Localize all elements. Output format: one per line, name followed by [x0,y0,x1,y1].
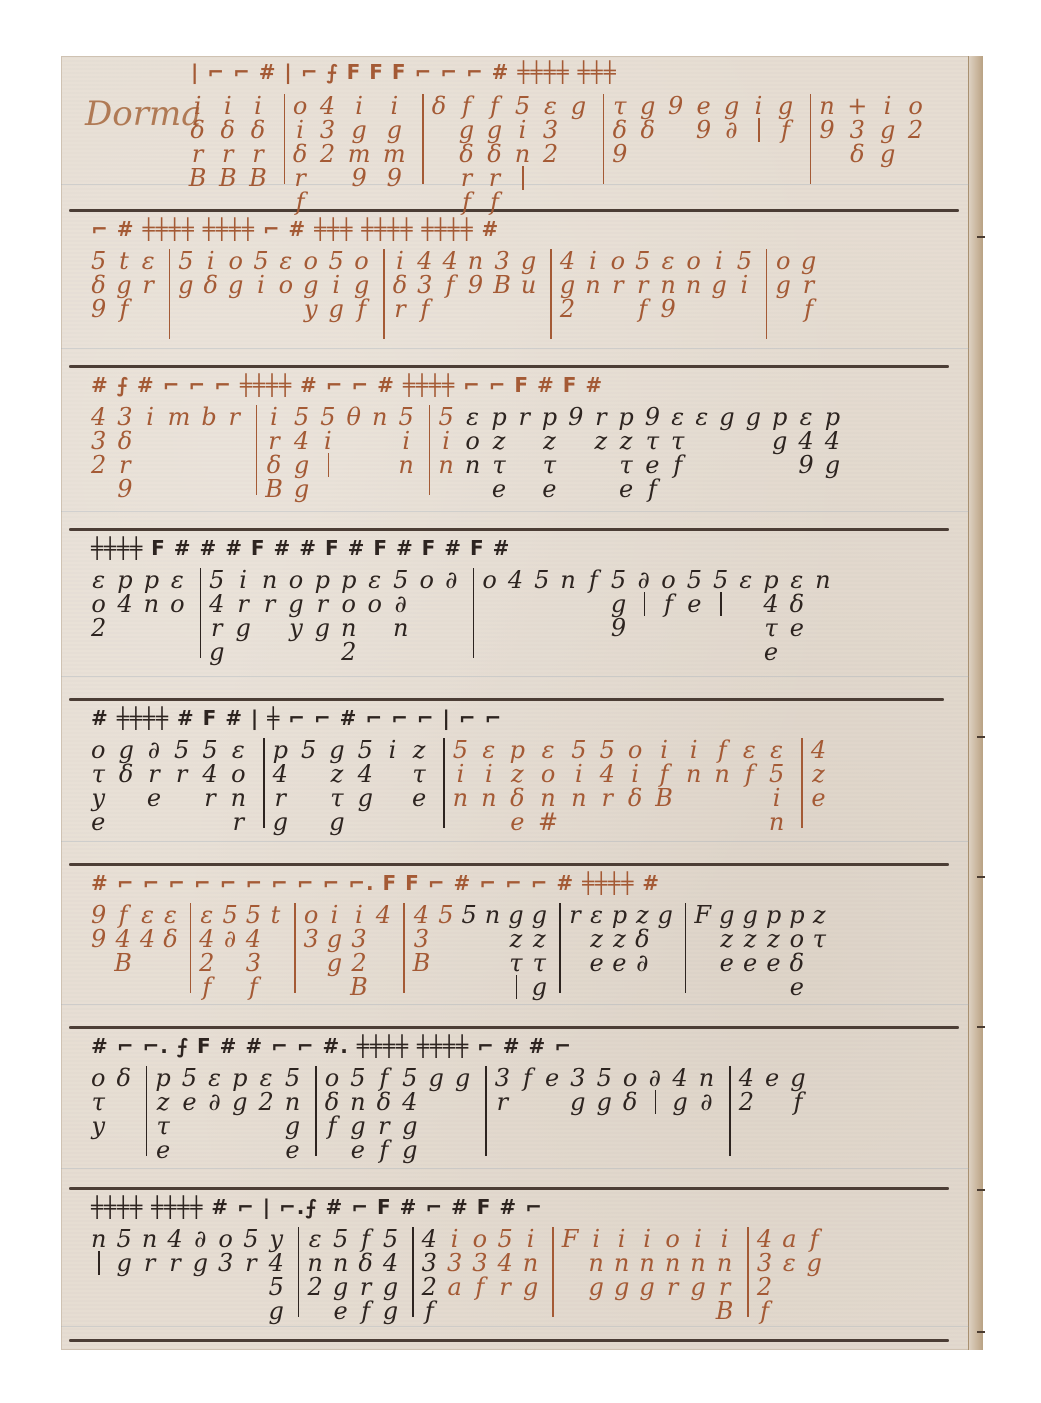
tab-letter [516,975,518,999]
tab-chord: og [228,249,244,297]
tab-chord: 5nge [285,1066,301,1162]
tab-chord: nr [142,1227,158,1275]
tab-letter: o [790,927,805,951]
tab-letter: m [168,405,192,429]
tab-letter: f [475,1275,485,1299]
system-rule [69,1339,949,1342]
tab-letter: e [720,951,735,975]
tab-letter: o [419,568,434,592]
tab-letter: 4 [560,249,576,273]
tab-letter: n [231,786,247,810]
tablature-system-2: ⌐ # ╪╪╪╪ ╪╪╪╪ ⌐ # ╪╪╪ ╪╪╪╪ ╪╪╪╪ # 5δ9tgf… [61,209,966,365]
tab-letter: i [527,1227,536,1251]
tab-letter: g [639,1275,655,1299]
tab-letter: g [742,903,758,927]
tab-letter: ∂ [649,1066,662,1090]
tab-letter: ε [739,568,753,592]
tab-letter: y [304,297,319,321]
tab-letter: e [91,810,106,834]
tab-chord: fgδrf [459,94,475,214]
rhythm-signs: ⌐ # ╪╪╪╪ ╪╪╪╪ ⌐ # ╪╪╪ ╪╪╪╪ ╪╪╪╪ # [91,217,936,241]
tab-letter: 5 [91,249,107,273]
bar-line [552,1227,554,1317]
tab-letter: 4 [376,903,392,927]
tab-letter: i [442,429,451,453]
bar-line [766,249,768,339]
tab-letter [328,453,330,477]
tab-letter: 5 [438,405,454,429]
tab-chord: 54g [358,738,374,810]
tab-letter: n [815,568,831,592]
tab-chord: 432 [320,94,336,166]
tab-letter: g [658,903,674,927]
tab-letter: n [690,1251,706,1275]
tab-chord: g [719,405,735,429]
tab-letter: i [643,1227,652,1251]
tab-letter: 5 [178,249,194,273]
tab-letter: g [690,1275,706,1299]
tab-letter: p [510,738,526,762]
tab-letter: τ [813,927,827,951]
tab-letter: i [884,94,893,118]
tab-chord: +3δ [848,94,869,166]
tab-letter: i [721,1227,730,1251]
tab-chord: 54r [600,738,616,810]
tab-chord: ε [695,405,709,429]
tab-letter: z [613,927,627,951]
tab-chord: 5i [737,249,753,297]
bar-line [443,738,445,828]
tab-chord: i3a [447,1227,463,1299]
tab-letter: r [719,1275,731,1299]
tab-letter: i [296,118,305,142]
tab-letter: r [119,453,131,477]
tab-letter: r [637,273,649,297]
tab-letter: g [354,273,370,297]
tab-letter: r [461,166,473,190]
tab-letter: ε [309,1227,323,1251]
tab-letter: ∂ [194,1227,207,1251]
tab-chord: b [201,405,217,429]
tab-letter: g [358,786,374,810]
bar-line [559,903,561,993]
tab-letter: ε [783,1251,797,1275]
tab-chord: 543f [246,903,262,999]
tab-letter: o [342,592,357,616]
tab-chord: pg [232,1066,248,1114]
tab-letter: 4 [672,1066,688,1090]
tab-chord: θ [347,405,362,429]
tab-chord: εn9 [660,249,676,321]
tab-chord: fn [714,738,730,786]
tab-letter: 4 [294,429,310,453]
tab-chord: fδrf [358,1227,373,1323]
binding-mark [977,1189,985,1191]
tab-letter: 5 [462,903,478,927]
tab-letter: r [595,405,607,429]
tab-letter: g [329,810,345,834]
tab-chord: n9 [468,249,484,297]
tab-letter: n [465,453,481,477]
tab-letter: 5 [393,568,409,592]
tab-letter: e [612,951,627,975]
tab-letter: p [772,405,788,429]
tab-chord: 5in [453,738,469,810]
bar-line [169,249,171,339]
tab-letter: n [769,810,785,834]
tab-letter: g [790,1066,806,1090]
tab-chord: F [562,1227,580,1251]
tab-chord: n [91,1227,107,1275]
tab-letter: i [631,762,640,786]
tab-chord: on [686,249,702,297]
tab-letter: u [521,273,537,297]
rhythm-signs: # ⌐ ⌐ ⌐ ⌐ ⌐ ⌐ ⌐ ⌐ ⌐ ⌐. F F ⌐ # ⌐ ⌐ ⌐ # ╪… [91,871,936,895]
tab-chord: εn2 [307,1227,323,1299]
tab-chord: oτy [91,1066,106,1138]
tab-letter: f [673,453,683,477]
tab-letter: 9 [568,405,584,429]
tab-chord: pzτe [155,1066,171,1162]
tab-letter: 5 [202,738,218,762]
tab-chord: iδrB [249,94,267,190]
tab-letter: B [493,273,512,297]
tab-chord: 5g [116,1227,132,1275]
tab-letter: δ [91,273,106,297]
tab-letter: θ [347,405,362,429]
tab-letter: i [331,903,340,927]
tab-letter: 4 [498,1251,514,1275]
tab-chord: gzτg [329,738,345,834]
tab-letter: 9 [387,166,403,190]
tab-letter: z [620,429,634,453]
tab-chord: g [658,903,674,927]
tab-letter: 2 [739,1090,755,1114]
tab-chord: gzτ [508,903,524,999]
tab-letter: g [269,1299,285,1323]
tab-letter: 4 [417,249,433,273]
tab-letter: 5 [174,738,190,762]
tablature-letters: oτyδpzτe5eε∂pgε25ngeoδf5ngefδrf54gggg3rf… [91,1066,936,1162]
tab-letter: n [660,273,676,297]
tab-letter [758,118,760,142]
tab-letter: m [383,142,407,166]
tab-chord: irg [235,568,251,640]
tab-letter: f [745,762,755,786]
tablature-letters: 4323δr9imbrirδB54gg5iθn5in5inεonpzτerpzτ… [91,405,936,501]
tab-letter: τ [92,1090,106,1114]
tab-letter: z [590,927,604,951]
bar-line [729,1066,731,1156]
tab-chord: pzτe [491,405,507,501]
tab-letter: p [155,1066,171,1090]
tab-chord: e9 [696,94,712,142]
tab-letter: ε [164,903,178,927]
tab-letter: n [665,1251,681,1275]
tab-letter [98,1251,100,1275]
tab-letter: f [660,762,670,786]
tab-letter: δ [293,142,308,166]
tab-letter: ∂ [638,568,651,592]
tab-letter: z [595,429,609,453]
tab-letter: i [390,94,399,118]
tab-letter: g [459,118,475,142]
tab-letter: r [245,1251,257,1275]
tab-letter: 2 [308,1275,324,1299]
tab-chord: pzδe [510,738,526,834]
tab-letter: τ [543,453,557,477]
tab-chord: 99 [91,903,107,951]
tablature-letters: oτyegδ∂re5r54rεonrp4rg5gzτg54gizτe5inεin… [91,738,936,834]
tab-letter: e [147,786,162,810]
tab-letter: p [273,738,289,762]
tab-chord: 3g [570,1066,586,1114]
tab-chord: m [168,405,192,429]
tab-letter: F [562,1227,580,1251]
tablature-system-5: # ╪╪╪╪ # F # | ╪ ⌐ ⌐ # ⌐ ⌐ ⌐ | ⌐ ⌐ oτyeg… [61,698,966,863]
tab-letter: n [686,762,702,786]
tab-letter: r [268,429,280,453]
tab-chord: f [521,1066,535,1090]
tab-letter: n [585,273,601,297]
tab-letter: p [766,903,782,927]
tab-letter: n [144,592,160,616]
tab-chord: 43B [413,903,432,975]
tab-chord: ∂g [193,1227,209,1275]
tab-letter: o [293,94,308,118]
tab-letter: 5 [209,568,225,592]
tab-letter: g [825,453,841,477]
tab-letter: 9 [351,166,367,190]
tab-letter: i [451,1227,460,1251]
tab-letter: 3 [351,927,367,951]
tab-letter: 5 [453,738,469,762]
tab-letter: n [453,786,469,810]
tab-letter: p [542,405,558,429]
tab-chord: 5e [182,1066,198,1114]
tab-letter: e [743,951,758,975]
tab-letter: δ [393,273,408,297]
tab-chord: ε49 [798,405,814,477]
tab-letter: 4 [320,94,336,118]
tab-chord: i [386,738,400,762]
tab-letter: e [696,94,711,118]
tab-letter: ε [171,568,185,592]
tab-letter: τ [671,429,685,453]
tab-chord: 5r [243,1227,259,1275]
tab-chord: 43f [417,249,433,321]
bar-line [801,738,803,828]
tab-letter: r [204,786,216,810]
tab-letter: r [264,592,276,616]
tab-letter: f [638,297,648,321]
tab-letter: i [355,903,364,927]
tab-letter: 9 [91,903,107,927]
tablature-system-7: # ⌐ ⌐. ⨍ F # # ⌐ ⌐ #. ╪╪╪╪ ╪╪╪╪ ⌐ # # ⌐ … [61,1026,966,1187]
tab-letter: δ [377,1090,392,1114]
tab-letter: i [519,118,528,142]
tab-letter: o [231,762,246,786]
tab-letter: ε [466,405,480,429]
tablature-system-3: # ⨍ # ⌐ ⌐ ⌐ ╪╪╪╪ # ⌐ ⌐ # ╪╪╪╪ ⌐ ⌐ F # F … [61,365,966,528]
tab-letter: r [360,1275,372,1299]
tab-chord: 432f [422,1227,438,1323]
tab-chord: 5nge [350,1066,366,1162]
tab-letter: p [789,903,805,927]
tab-letter: f [760,1299,770,1323]
rhythm-signs: # ╪╪╪╪ # F # | ╪ ⌐ ⌐ # ⌐ ⌐ ⌐ | ⌐ ⌐ [91,706,936,730]
tab-letter: δ [641,118,656,142]
tab-letter: g [333,1275,349,1299]
tab-letter: e [412,786,427,810]
tab-letter: n [686,273,702,297]
tab-letter: 4 [246,927,262,951]
tab-letter: 3 [422,1251,438,1275]
tab-letter: r [211,616,223,640]
tab-letter: δ [116,1066,131,1090]
tab-letter: z [543,429,557,453]
tab-chord: εo2 [91,568,107,640]
tab-letter: 5 [182,1066,198,1090]
tab-letter: ε [662,249,676,273]
tab-chord: inrB [716,1227,735,1323]
tab-letter: r [169,1251,181,1275]
tab-letter: ε [671,405,685,429]
tab-letter: f [648,477,658,501]
tab-letter: r [518,405,530,429]
tab-chord: 432f [757,1227,773,1323]
tab-chord: irδB [265,405,284,501]
page-binding-edge [968,56,983,1350]
bar-line [200,568,202,658]
tab-letter: 2 [320,142,336,166]
tab-letter: r [612,273,624,297]
tab-letter: 5 [301,738,317,762]
tab-letter: e [590,951,605,975]
bar-line [550,249,552,339]
tab-letter: g [428,1066,444,1090]
tab-letter: n [341,616,357,640]
tab-letter: f [804,297,814,321]
tab-chord: 5 [462,903,478,927]
tab-letter: 5 [117,1227,133,1251]
tab-letter: g [775,273,791,297]
tab-chord: r [228,405,242,429]
tab-letter: 5 [737,249,753,273]
tab-letter: e [351,1138,366,1162]
tab-letter: g [328,297,344,321]
tab-letter: B [655,786,674,810]
tab-chord: igg [880,94,896,166]
tab-letter: g [614,1275,630,1299]
tab-chord: e [765,1066,780,1090]
tab-letter: 3 [304,927,320,951]
tab-letter: n [350,1090,366,1114]
tab-letter: 3 [570,1066,586,1090]
tab-chord: pzτe [542,405,558,501]
tab-letter: g [387,118,403,142]
tab-letter: o [482,568,497,592]
tab-chord: ε42f [199,903,215,999]
tab-chord: εo [279,249,294,297]
tab-letter: 9 [91,297,107,321]
tablature-letters: 99f4Bε4εδε42f5∂543fto3iggi32B443B55ngzτg… [91,903,936,999]
tab-letter: 2 [91,616,107,640]
tab-letter: δ [623,1090,638,1114]
tab-chord: gzτg [532,903,548,999]
tab-letter: 5 [611,568,627,592]
tab-chord: n∂ [699,1066,715,1114]
tab-letter: δ [119,762,134,786]
tab-chord: ετf [671,405,685,477]
tab-letter: r [228,405,240,429]
tablature-letters: iδrBiδrBiδrBoiδrf432igm9igm9δfgδrffgδrf5… [189,94,936,214]
bar-line [422,94,423,184]
bar-line [315,1066,317,1156]
tab-letter: n [393,616,409,640]
tab-letter: B [249,166,268,190]
tab-letter: r [252,142,264,166]
tab-chord: 5∂n [393,568,409,640]
tab-letter: a [782,1227,797,1251]
tab-letter: i [715,249,724,273]
tab-letter: 4 [202,762,218,786]
tab-letter: y [91,786,106,810]
tab-letter: ε [590,903,604,927]
tab-chord: zδ∂ [635,903,650,975]
tab-letter: i [324,429,333,453]
tab-letter: i [146,405,155,429]
tab-chord: igm9 [348,94,371,190]
tab-chord: og [775,249,791,297]
tab-letter: # [538,810,559,834]
tab-letter: δ [613,118,628,142]
tab-letter: g [719,903,735,927]
tab-letter: g [772,429,788,453]
tab-chord: εr [142,249,156,297]
tab-letter: 5 [597,1066,613,1090]
tab-letter: g [880,118,896,142]
tab-letter: g [880,142,896,166]
tab-letter: p [117,568,133,592]
tab-chord: 5g [597,1066,613,1114]
manuscript-page: Dorma | ⌐ ⌐ # | ⌐ ⨍ F F F ⌐ ⌐ ⌐ # ╪╪╪╪ ╪… [61,56,983,1350]
tab-chord: pze [766,903,782,975]
tab-letter: δ [190,118,205,142]
tab-letter: f [462,94,472,118]
tab-chord: nr [262,568,278,616]
tab-letter: 9 [612,142,628,166]
tab-letter: a [447,1275,462,1299]
tab-chord: or [611,249,626,297]
tab-chord: zτe [412,738,427,810]
tab-letter: y [91,1114,106,1138]
tab-chord: ing [639,1227,655,1299]
tab-letter: r [222,142,234,166]
tablature-system-1: Dorma | ⌐ ⌐ # | ⌐ ⨍ F F F ⌐ ⌐ ⌐ # ╪╪╪╪ ╪… [61,56,966,209]
tab-letter: τ [613,94,627,118]
bar-line [403,903,405,993]
tab-letter: e [764,640,779,664]
tab-letter: ∂ [636,951,649,975]
tab-letter: 4 [757,1227,773,1251]
tab-chord: 5in [515,94,531,190]
tab-letter: n [717,1251,733,1275]
tab-letter: n [372,405,388,429]
tab-letter: 5 [243,1227,259,1251]
tab-letter: 4 [199,927,215,951]
tab-letter: p [825,405,841,429]
